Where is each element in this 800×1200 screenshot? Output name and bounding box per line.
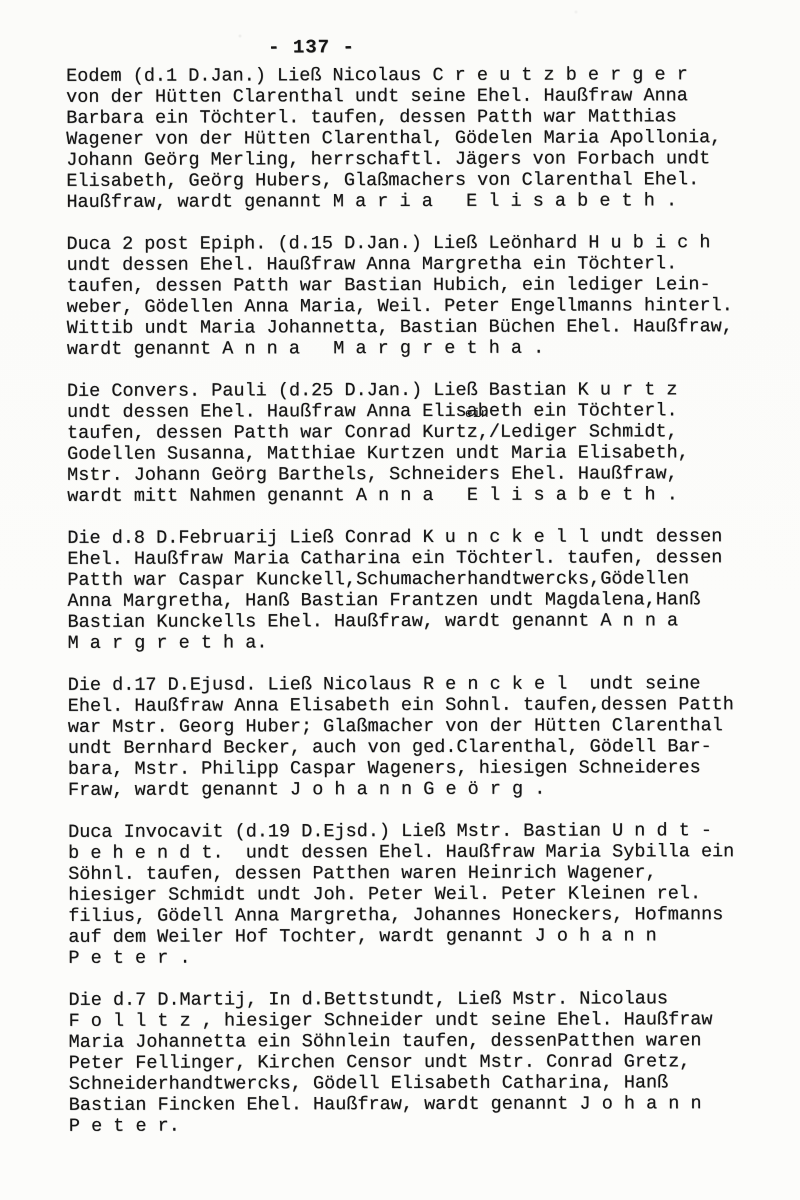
scanned-document-page: - 137 - Eodem (d.1 D.Jan.) Ließ Nicolaus…: [0, 0, 800, 1200]
baptism-records-list: Eodem (d.1 D.Jan.) Ließ Nicolaus C r e u…: [66, 64, 763, 1137]
page-content: - 137 - Eodem (d.1 D.Jan.) Ließ Nicolaus…: [66, 35, 763, 1137]
record-text: Die Convers. Pauli (d.25 D.Jan.) Ließ Ba…: [67, 379, 761, 507]
record-text: Die d.7 D.Martij, In d.Bettstundt, Ließ …: [68, 988, 762, 1137]
baptism-record: Die Convers. Pauli (d.25 D.Jan.) Ließ Ba…: [67, 379, 761, 507]
baptism-record: Die d.7 D.Martij, In d.Bettstundt, Ließ …: [68, 988, 762, 1137]
record-text: Duca 2 post Epiph. (d.15 D.Jan.) Ließ Le…: [67, 232, 761, 360]
record-text: Die d.17 D.Ejusd. Ließ Nicolaus R e n c …: [68, 673, 762, 801]
record-text: Eodem (d.1 D.Jan.) Ließ Nicolaus C r e u…: [66, 64, 760, 213]
handwritten-insertion: ein: [465, 408, 489, 420]
baptism-record: Die d.17 D.Ejusd. Ließ Nicolaus R e n c …: [68, 673, 762, 801]
record-text: Die d.8 D.Februarij Ließ Conrad K u n c …: [67, 526, 761, 654]
record-text: Duca Invocavit (d.19 D.Ejsd.) Ließ Mstr.…: [68, 820, 762, 969]
page-number: - 137 -: [268, 36, 355, 58]
baptism-record: Die d.8 D.Februarij Ließ Conrad K u n c …: [67, 526, 761, 654]
baptism-record: Duca Invocavit (d.19 D.Ejsd.) Ließ Mstr.…: [68, 820, 762, 969]
baptism-record: Duca 2 post Epiph. (d.15 D.Jan.) Ließ Le…: [67, 232, 761, 360]
baptism-record: Eodem (d.1 D.Jan.) Ließ Nicolaus C r e u…: [66, 64, 760, 213]
